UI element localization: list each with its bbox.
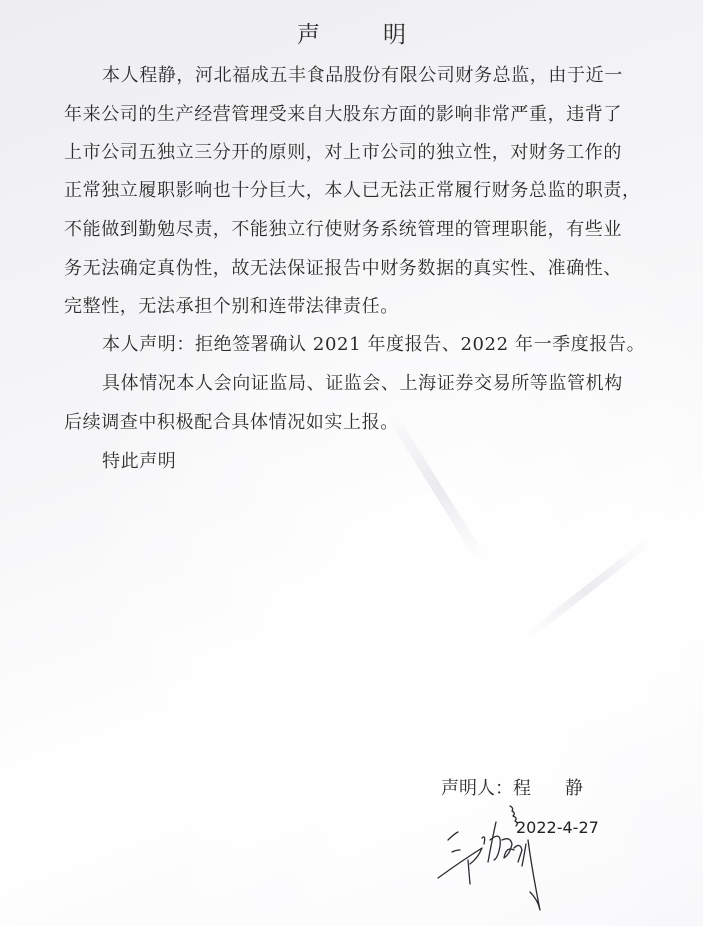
body-line: 本人程静，河北福成五丰食品股份有限公司财务总监，由于近一 <box>102 64 623 88</box>
body-line: 具体情况本人会向证监局、证监会、上海证券交易所等监管机构 <box>102 372 623 396</box>
signatory-given-name: 静 <box>565 778 583 799</box>
body-line: 年来公司的生产经营管理受来自大股东方面的影响非常严重，违背了 <box>64 103 622 127</box>
signatory-surname: 程 <box>513 778 531 799</box>
body-line: 本人声明：拒绝签署确认 2021 年度报告、2022 年一季度报告。 <box>102 333 645 357</box>
closing-line: 特此声明 <box>102 450 176 474</box>
body-line: 上市公司五独立三分开的原则，对上市公司的独立性，对财务工作的 <box>64 141 622 165</box>
document-title: 声 明 <box>0 16 703 49</box>
body-line: 不能做到勤勉尽责，不能独立行使财务系统管理的管理职能，有些业 <box>64 218 622 242</box>
body-line: 务无法确定真伪性，故无法保证报告中财务数据的真实性、准确性、 <box>64 257 622 281</box>
signatory-block: 声明人：程静 <box>441 774 583 800</box>
signature-date: 2022-4-27 <box>516 818 599 837</box>
body-line: 后续调查中积极配合具体情况如实上报。 <box>64 411 399 435</box>
body-line: 正常独立履职影响也十分巨大，本人已无法正常履行财务总监的职责， <box>64 179 641 203</box>
signatory-label: 声明人： <box>441 778 513 799</box>
body-line: 完整性，无法承担个别和连带法律责任。 <box>64 295 399 319</box>
